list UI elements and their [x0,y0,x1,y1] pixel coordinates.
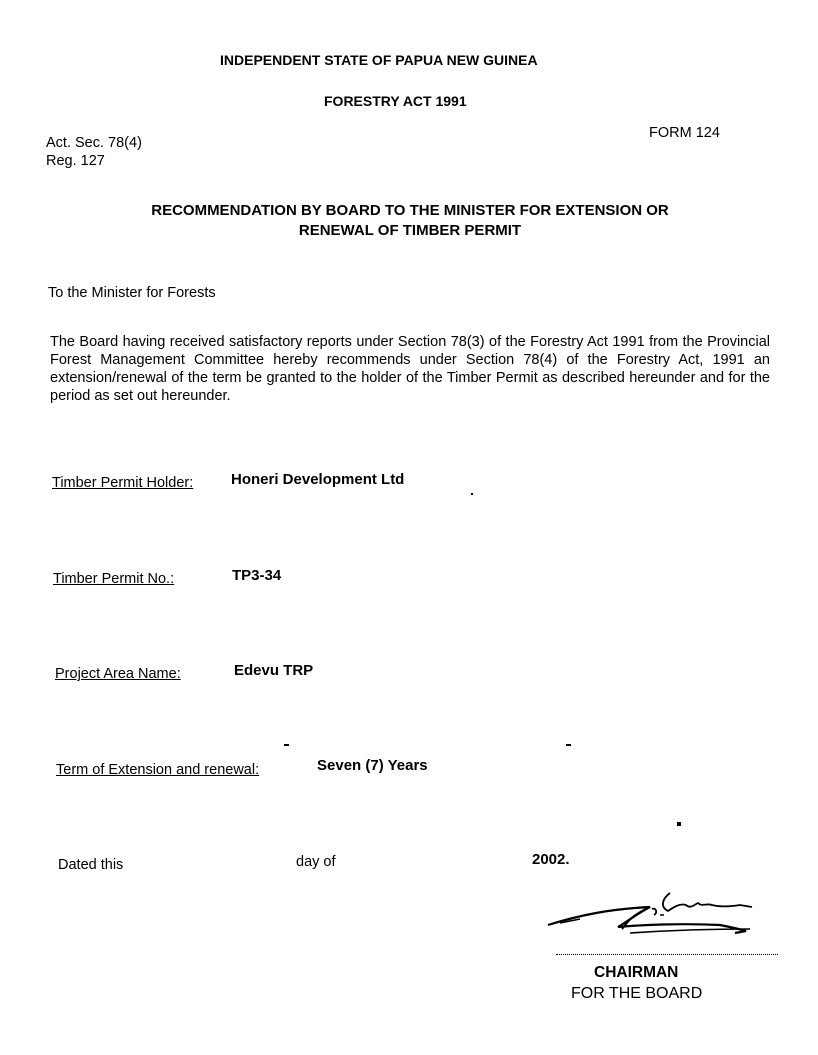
field-project-area: Project Area Name: [55,665,181,683]
signature-subtitle: FOR THE BOARD [571,985,702,1003]
document-title: RECOMMENDATION BY BOARD TO THE MINISTER … [110,201,710,241]
field-term: Term of Extension and renewal: [56,761,259,779]
field-value-permit-no: TP3-34 [232,567,281,584]
dated-prefix: Dated this [58,857,123,873]
form-number: FORM 124 [649,125,720,141]
dated-day-of: day of [296,854,336,870]
field-value-term: Seven (7) Years [317,757,428,774]
recommendation-paragraph: The Board having received satisfactory r… [50,333,770,405]
signature-line [556,954,778,955]
addressee: To the Minister for Forests [48,285,216,301]
field-permit-no: Timber Permit No.: [53,570,174,588]
scan-speck [471,493,473,495]
title-line-2: RENEWAL OF TIMBER PERMIT [110,221,710,241]
scan-speck [677,822,681,826]
state-heading: INDEPENDENT STATE OF PAPUA NEW GUINEA [220,52,538,68]
dated-year: 2002. [532,851,570,868]
field-label: Term of Extension and renewal: [56,762,259,778]
scan-speck [284,744,289,746]
field-label: Project Area Name: [55,666,181,682]
title-line-1: RECOMMENDATION BY BOARD TO THE MINISTER … [110,201,710,221]
scan-speck [566,744,571,746]
field-value-permit-holder: Honeri Development Ltd [231,471,404,488]
act-heading: FORESTRY ACT 1991 [324,93,467,109]
field-value-project-area: Edevu TRP [234,662,313,679]
chairman-signature [540,885,770,945]
field-label: Timber Permit Holder: [52,475,193,491]
regulation: Reg. 127 [46,153,105,169]
field-permit-holder: Timber Permit Holder: [52,474,193,492]
field-label: Timber Permit No.: [53,571,174,587]
act-section: Act. Sec. 78(4) [46,135,142,151]
signature-title: CHAIRMAN [594,964,678,982]
